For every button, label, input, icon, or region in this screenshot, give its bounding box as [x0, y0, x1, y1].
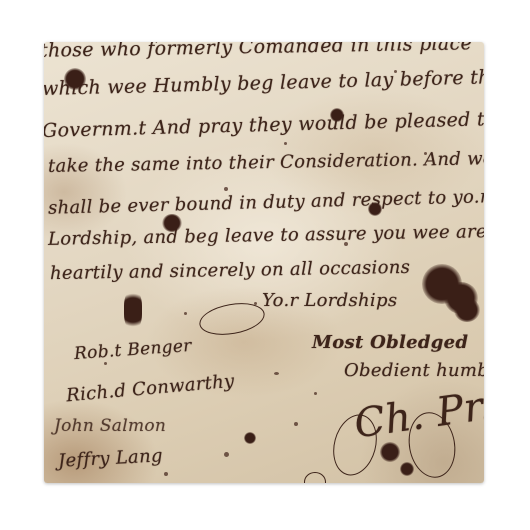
closing-lordships: Yo.r Lordships [262, 290, 397, 311]
signatory-salmon: John Salmon [54, 416, 166, 436]
signatory-conwarthy: Rich.d Conwarthy [65, 371, 235, 407]
ink-speck [314, 392, 317, 395]
manuscript-line-4: take the same into their Consideration. … [48, 148, 484, 177]
closing-most-obledged: Most Obledged [312, 332, 468, 353]
ink-speck [184, 312, 187, 315]
ink-speck [254, 302, 257, 305]
ink-speck [424, 152, 427, 155]
ink-speck [224, 452, 229, 457]
ink-blot-duty [162, 214, 182, 232]
flourish-loop-4 [304, 472, 326, 483]
ink-speck [104, 362, 107, 365]
manuscript-line-6: Lordship, and beg leave to assure you we… [48, 221, 484, 250]
ink-blot-middle [244, 432, 256, 444]
ink-blot-signature [380, 442, 400, 462]
ink-speck [164, 472, 168, 476]
manuscript-line-2: which wee Humbly beg leave to lay before… [44, 66, 484, 100]
ink-blot-signature-2 [400, 462, 414, 476]
manuscript-line-5: shall be ever bound in duty and respect … [48, 186, 484, 219]
ink-blot-right-3 [454, 298, 480, 322]
ink-speck [224, 187, 228, 191]
ink-blot-lay [330, 108, 344, 122]
signatory-lang: Jeffry Lang [58, 445, 164, 471]
ink-speck [344, 242, 348, 246]
ink-blot-top-left [64, 68, 86, 90]
ink-speck [394, 70, 397, 73]
manuscript-line-7: heartily and sincerely on all occasions [50, 257, 411, 284]
ink-speck [274, 372, 279, 375]
ink-speck [284, 142, 287, 145]
manuscript-line-1: those who formerly Comanded in this plac… [44, 42, 472, 62]
signatory-benger: Rob.t Benger [73, 336, 192, 364]
ink-blot-center [368, 202, 382, 216]
ink-speck [294, 422, 298, 426]
ink-blot-stain [124, 290, 142, 330]
manuscript-tile: those who formerly Comanded in this plac… [44, 42, 484, 483]
flourish-loop-1 [197, 298, 267, 339]
manuscript-line-3: Governm.t And pray they would be pleased… [44, 108, 484, 142]
closing-obedient-humble: Obedient humble [344, 360, 484, 381]
